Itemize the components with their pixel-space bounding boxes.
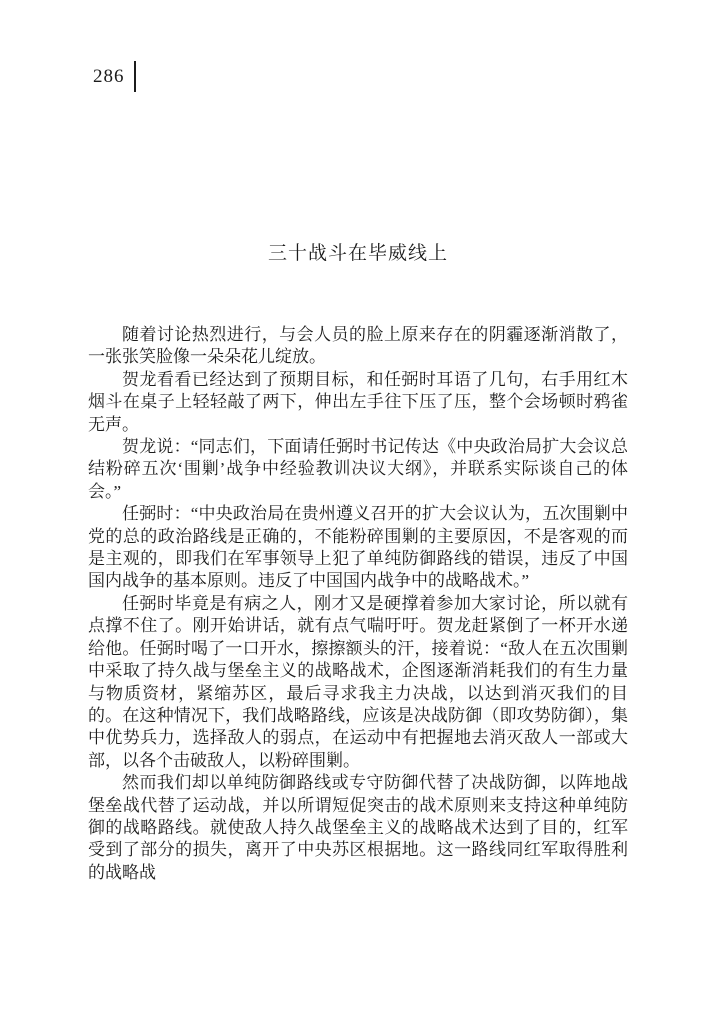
paragraph: 任弼时毕竟是有病之人，刚才又是硬撑着参加大家讨论，所以就有点撑不住了。刚开始讲话…	[88, 593, 628, 772]
paragraph: 贺龙看看已经达到了预期目标，和任弼时耳语了几句，右手用红木烟斗在桌子上轻轻敲了两…	[88, 369, 628, 436]
paragraph: 任弼时：“中央政治局在贵州遵义召开的扩大会议认为，五次围剿中党的总的政治路线是正…	[88, 503, 628, 593]
paragraph: 随着讨论热烈进行，与会人员的脸上原来存在的阴霾逐渐消散了，一张张笑脸像一朵朵花儿…	[88, 324, 628, 369]
book-page: 286 三十战斗在毕威线上 随着讨论热烈进行，与会人员的脸上原来存在的阴霾逐渐消…	[0, 0, 715, 1010]
page-header: 286	[93, 60, 136, 93]
chapter-title: 三十战斗在毕威线上	[88, 241, 628, 266]
paragraph: 贺龙说：“同志们，下面请任弼时书记传达《中央政治局扩大会议总结粉碎五次‘围剿’战…	[88, 436, 628, 503]
body-text: 随着讨论热烈进行，与会人员的脸上原来存在的阴霾逐渐消散了，一张张笑脸像一朵朵花儿…	[88, 324, 628, 884]
paragraph: 然而我们却以单纯防御路线或专守防御代替了决战防御，以阵地战堡垒战代替了运动战，并…	[88, 772, 628, 884]
page-number: 286	[93, 60, 125, 93]
page-number-divider	[134, 61, 136, 92]
